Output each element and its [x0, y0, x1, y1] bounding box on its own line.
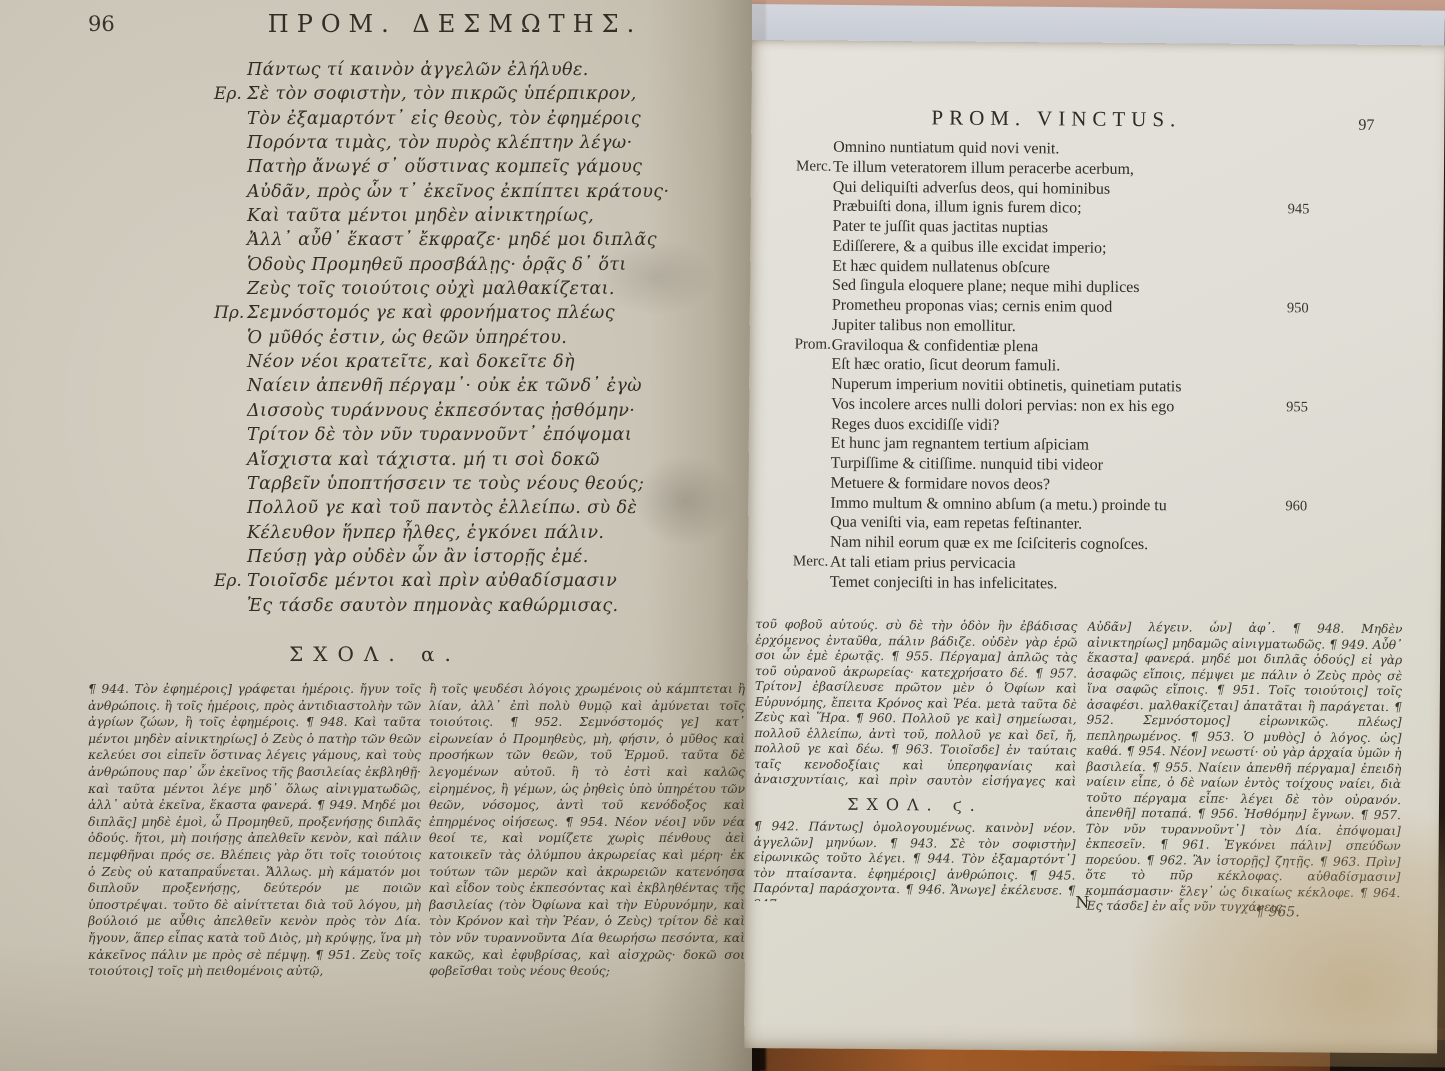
verse-text: Ἀλλ᾽ αὖθ᾽ ἕκαστ᾽ ἔκφραζε· μηδέ μοι διπλᾶ… [247, 230, 657, 250]
verse-line-number: 950 [1287, 300, 1309, 317]
verse-text: Et hunc jam regnantem tertium aſpiciam [831, 435, 1089, 455]
greek-verse-line: Πατὴρ ἄνωγέ σ᾽ οὕστινας κομπεῖς γάμους [214, 157, 734, 181]
scholia-heading-alpha: ΣΧΟΛ. α. [85, 642, 665, 666]
verse-text: Ediſſerere, & a quibus ille excidat impe… [832, 237, 1106, 257]
greek-verse-block: Πάντως τί καινὸν ἀγγελῶν ἐλήλυθε. Ερ. Σὲ… [214, 60, 734, 620]
verse-text: Sed ſingula eloquere plane; neque mihi d… [832, 277, 1140, 297]
right-scholia-column-1-part-1: τοῦ φοβοῦ αὐτούς. σὺ δὲ τὴν ὁδὸν ἣν ἐβάδ… [754, 617, 1077, 792]
greek-verse-line: Ναίειν ἀπενθῆ πέργαμ᾽· οὐκ ἐκ τῶνδ᾽ ἐγὼ [214, 376, 734, 400]
left-running-header: ΠΡΟΜ. ΔΕΣΜΩΤΗΣ. [220, 10, 690, 38]
greek-verse-line: Ταρβεῖν ὑποπτήσσειν τε τοὺς νέους θεούς; [214, 474, 734, 498]
right-running-header: PROM. VINCTUS. [901, 105, 1211, 132]
greek-verse-line: Ἐς τάσδε σαυτὸν πημονὰς καθώρμισας. [214, 596, 734, 620]
greek-verse-line: Πρ. Σεμνόστομός γε καὶ φρονήματος πλέως [214, 303, 734, 327]
verse-text: Vos incolere arces nulli dolori pervias:… [831, 395, 1174, 416]
verse-text: Qua veniſti via, eam repetas feſtinanter… [830, 514, 1082, 534]
left-scholia-column-1: ¶ 944. Τὸν ἐφημέροις] γράφεται ἡμέροις. … [88, 681, 421, 980]
greek-verse-line: Καὶ ταῦτα μέντοι μηδὲν αἰνικτηρίως, [214, 206, 734, 230]
verse-text: Jupiter talibus non emollitur. [832, 316, 1016, 335]
speaker-label: Πρ. [214, 303, 244, 323]
verse-text: Δισσοὺς τυράννους ἐκπεσόντας ᾐσθόμην· [247, 401, 635, 421]
verse-text: Præbuiſti dona, illum ignis furem dico; [833, 198, 1082, 218]
book-photo: 96 ΠΡΟΜ. ΔΕΣΜΩΤΗΣ. Πάντως τί καινὸν ἀγγε… [0, 0, 1445, 1071]
right-folio-number: 97 [1358, 117, 1374, 135]
greek-verse-line: Τρίτον δὲ τὸν νῦν τυραννοῦντ᾽ ἐπόψομαι [214, 425, 734, 449]
right-scholia-column-2: Αὐδᾶν] λέγειν. ὧν] ἀφ᾽. ¶ 948. Μηδὲν αἰν… [1085, 620, 1402, 917]
verse-text: Πεύσῃ γὰρ οὐδὲν ὧν ἂν ἱστορῇς ἐμέ. [247, 547, 589, 567]
verse-text: Reges duos excidiſſe vidi? [831, 415, 1000, 434]
speaker-label: Merc. [793, 553, 829, 570]
speaker-label: Prom. [795, 336, 831, 353]
verse-text: Νέον νέοι κρατεῖτε, καὶ δοκεῖτε δὴ [247, 352, 575, 372]
verse-text: Ἐς τάσδε σαυτὸν πημονὰς καθώρμισας. [247, 596, 619, 616]
greek-verse-line: Πεύσῃ γὰρ οὐδὲν ὧν ἂν ἱστορῇς ἐμέ. [214, 547, 734, 571]
verse-text: Turpiſſime & citiſſime. nunquid tibi vid… [831, 455, 1103, 475]
verse-text: Αἴσχιστα καὶ τάχιστα. μή τι σοὶ δοκῶ [247, 450, 600, 470]
verse-text: Immo multum & omnino abſum (a metu.) pro… [830, 494, 1167, 515]
greek-verse-line: Τὸν ἐξαμαρτόντ᾽ εἰς θεοὺς, τὸν ἐφημέροις [214, 109, 734, 133]
verse-text: Αὐδᾶν, πρὸς ὧν τ᾽ ἐκεῖνος ἐκπίπτει κράτο… [247, 182, 669, 202]
greek-verse-line: Δισσοὺς τυράννους ἐκπεσόντας ᾐσθόμην· [214, 401, 734, 425]
verse-text: Πολλοῦ γε καὶ τοῦ παντὸς ἐλλείπω. σὺ δὲ [247, 498, 637, 518]
verse-line-number: 955 [1286, 399, 1308, 416]
speaker-label: Merc. [796, 158, 832, 175]
greek-verse-line: Ὁ μῦθός ἐστιν, ὡς θεῶν ὑπηρέτου. [214, 328, 734, 352]
latin-verse-block: Omnino nuntiatum quid novi venit. Merc. … [793, 138, 1357, 597]
speaker-label: Ερ. [214, 84, 242, 104]
verse-text: Qui deliquiſti adverſus deos, qui homini… [833, 178, 1110, 198]
verse-text: Nam nihil eorum quæ ex me ſciſciteris co… [830, 534, 1148, 554]
greek-verse-line: Αὐδᾶν, πρὸς ὧν τ᾽ ἐκεῖνος ἐκπίπτει κράτο… [214, 182, 734, 206]
verse-text: Ζεὺς τοῖς τοιούτοις οὐχὶ μαλθακίζεται. [247, 279, 615, 299]
verse-text: Κέλευθον ἥνπερ ἦλθες, ἐγκόνει πάλιν. [247, 523, 604, 543]
verse-text: Ὁ μῦθός ἐστιν, ὡς θεῶν ὑπηρέτου. [247, 328, 567, 348]
verse-text: Graviloqua & confidentiæ plena [832, 336, 1039, 356]
right-scholia-column-1-part-2: ¶ 942. Πάντως] ὁμολογουμένως. καινὸν] νέ… [753, 819, 1076, 904]
verse-text: Prometheu proponas vias; cernis enim quo… [832, 297, 1113, 317]
greek-verse-line: Πάντως τί καινὸν ἀγγελῶν ἐλήλυθε. [214, 60, 734, 84]
verse-text: Te illum veteratorem illum peracerbe ace… [833, 158, 1134, 178]
verse-text: Τὸν ἐξαμαρτόντ᾽ εἰς θεοὺς, τὸν ἐφημέροις [247, 109, 641, 129]
greek-verse-line: Πολλοῦ γε καὶ τοῦ παντὸς ἐλλείπω. σὺ δὲ [214, 498, 734, 522]
verse-text: Σὲ τὸν σοφιστὴν, τὸν πικρῶς ὑπέρπικρον, [247, 84, 637, 104]
verse-text: Ὁδοὺς Προμηθεῦ προσβάλῃς· ὁρᾷς δ᾽ ὅτι [247, 255, 627, 275]
speaker-label: Ερ. [214, 571, 242, 591]
catchword: ¶ 965. [1255, 904, 1300, 920]
verse-text: Pater te juſſit quas jactitas nuptias [832, 218, 1048, 238]
greek-verse-line: Ἀλλ᾽ αὖθ᾽ ἕκαστ᾽ ἔκφραζε· μηδέ μοι διπλᾶ… [214, 230, 734, 254]
verse-text: Metuere & formidare novos deos? [830, 474, 1050, 494]
verse-text: Nuperum imperium novitii obtinetis, quin… [831, 376, 1181, 397]
verse-text: Τρίτον δὲ τὸν νῦν τυραννοῦντ᾽ ἐπόψομαι [247, 425, 632, 445]
verse-text: Omnino nuntiatum quid novi venit. [833, 139, 1059, 159]
greek-verse-line: Ζεὺς τοῖς τοιούτοις οὐχὶ μαλθακίζεται. [214, 279, 734, 303]
verse-text: Temet conjeciſti in has infelicitates. [830, 573, 1058, 593]
greek-verse-line: Ερ. Σὲ τὸν σοφιστὴν, τὸν πικρῶς ὑπέρπικρ… [214, 84, 734, 108]
greek-verse-line: Ὁδοὺς Προμηθεῦ προσβάλῃς· ὁρᾷς δ᾽ ὅτι [214, 255, 734, 279]
verse-text: Ναίειν ἀπενθῆ πέργαμ᾽· οὐκ ἐκ τῶνδ᾽ ἐγὼ [247, 376, 642, 396]
right-page: PROM. VINCTUS. 97 Omnino nuntiatum quid … [744, 40, 1445, 1053]
greek-verse-line: Νέον νέοι κρατεῖτε, καὶ δοκεῖτε δὴ [214, 352, 734, 376]
gathering-signature: N [1075, 893, 1089, 912]
verse-text: Et hæc quidem nullatenus obſcure [832, 257, 1050, 277]
greek-verse-line: Ερ. Τοιοῖσδε μέντοι καὶ πρὶν αὐθαδίσμασι… [214, 571, 734, 595]
greek-verse-line: Πορόντα τιμὰς, τὸν πυρὸς κλέπτην λέγω· [214, 133, 734, 157]
left-scholia-column-2: ἢ τοῖς ψευδέσι λόγοις χρωμένοις οὐ κάμπτ… [429, 681, 745, 980]
verse-text: Πάντως τί καινὸν ἀγγελῶν ἐλήλυθε. [247, 60, 589, 80]
verse-line-number: 945 [1288, 201, 1310, 218]
verse-text: Πατὴρ ἄνωγέ σ᾽ οὕστινας κομπεῖς γάμους [247, 157, 642, 177]
greek-verse-line: Κέλευθον ἥνπερ ἦλθες, ἐγκόνει πάλιν. [214, 523, 734, 547]
verse-text: Πορόντα τιμὰς, τὸν πυρὸς κλέπτην λέγω· [247, 133, 633, 153]
greek-verse-line: Αἴσχιστα καὶ τάχιστα. μή τι σοὶ δοκῶ [214, 450, 734, 474]
left-folio-number: 96 [88, 12, 115, 36]
verse-text: At tali etiam prius pervicacia [830, 553, 1016, 572]
verse-text: Τοιοῖσδε μέντοι καὶ πρὶν αὐθαδίσμασιν [247, 571, 617, 591]
verse-text: Σεμνόστομός γε καὶ φρονήματος πλέως [247, 303, 615, 323]
verse-line-number: 960 [1285, 498, 1307, 515]
scholia-heading-stigma: ΣΧΟΛ. ϛ. [754, 794, 1076, 816]
verse-text: Ταρβεῖν ὑποπτήσσειν τε τοὺς νέους θεούς; [247, 474, 644, 494]
left-page: 96 ΠΡΟΜ. ΔΕΣΜΩΤΗΣ. Πάντως τί καινὸν ἀγγε… [0, 0, 752, 1071]
latin-verse-line: Temet conjeciſti in has infelicitates. [793, 573, 1353, 597]
verse-text: Eſt hæc oratio, ſicut deorum famuli. [831, 356, 1060, 376]
verse-text: Καὶ ταῦτα μέντοι μηδὲν αἰνικτηρίως, [247, 206, 594, 226]
